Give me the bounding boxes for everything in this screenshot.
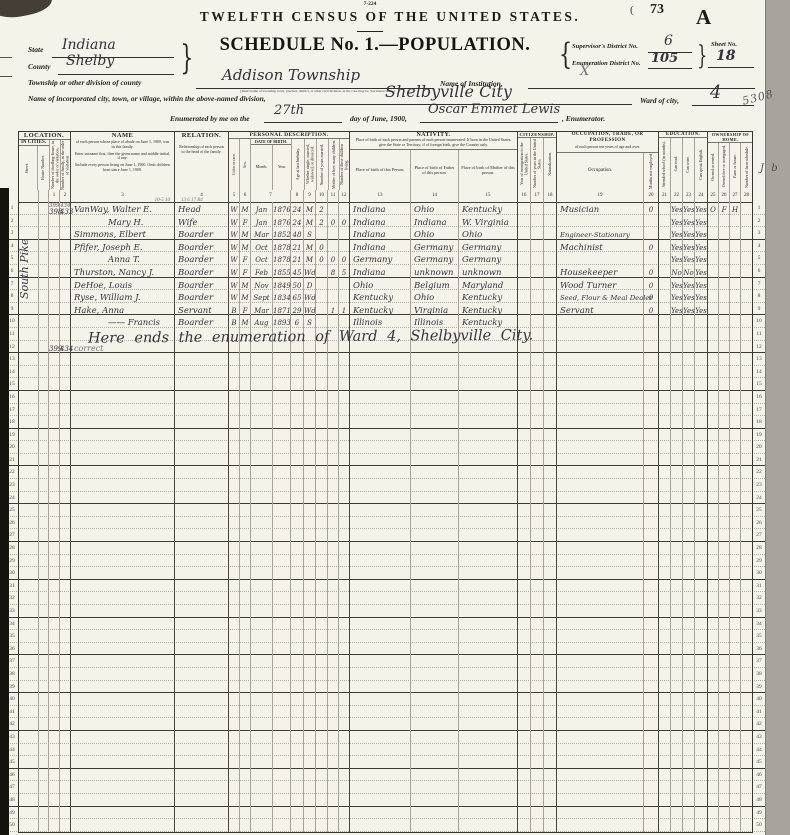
cell-occ [557, 504, 644, 517]
sex-col-label: Sex. [243, 161, 247, 168]
cell-farm [730, 605, 741, 618]
cell-marital [304, 643, 316, 656]
cell-farmno [741, 731, 753, 744]
name-note-1: of each person whose place of abode on J… [71, 139, 174, 150]
cell-english [695, 404, 708, 417]
cell-english [695, 454, 708, 467]
cell-farm [730, 441, 741, 454]
cell-month [251, 567, 273, 580]
cell-color [229, 794, 240, 807]
handwritten-months: 0 [649, 206, 653, 214]
cell-sex [240, 731, 251, 744]
cell-cit_years [531, 504, 544, 517]
cell-write [683, 542, 695, 555]
cell-age [291, 706, 304, 719]
name-note-3: Include every person living on June 1, 1… [71, 161, 174, 173]
cell-living [339, 681, 350, 694]
cell-english [695, 580, 708, 593]
cell-family [60, 555, 71, 568]
cell-house [39, 769, 49, 782]
cell-relation [175, 744, 229, 757]
cell-street [18, 529, 39, 542]
children-living-col-label: Number of these children living. [340, 139, 349, 190]
cell-name [71, 366, 175, 379]
cell-cit_nat [544, 655, 557, 668]
cell-farm [730, 618, 741, 631]
cell-street [18, 605, 39, 618]
cell-occ [557, 542, 644, 555]
cell-birth [350, 555, 411, 568]
birth-father-col-label: Place of birth of Father of this person. [413, 165, 456, 175]
cell-farmno [741, 429, 753, 442]
cell-farm [730, 353, 741, 366]
cell-color [229, 681, 240, 694]
cell-relation [175, 454, 229, 467]
cell-mother [459, 504, 518, 517]
handwritten-mother: Maryland [462, 281, 503, 291]
cell-age [291, 693, 304, 706]
cell-occ [557, 429, 644, 442]
cell-year [273, 681, 291, 694]
cell-occ [557, 655, 644, 668]
cell-age [291, 756, 304, 769]
handwritten-write: No [683, 269, 693, 277]
cell-color [229, 819, 240, 832]
cell-read [671, 580, 683, 593]
cell-english [695, 807, 708, 820]
cell-living [339, 668, 350, 681]
cell-relation [175, 580, 229, 593]
cell-months [644, 807, 659, 820]
cell-sex [240, 618, 251, 631]
header-spacer-right [753, 131, 765, 190]
handwritten-relation: Boarder [178, 243, 213, 253]
cell-write [683, 731, 695, 744]
cell-house [39, 744, 49, 757]
handwritten-months: 0 [649, 294, 653, 302]
cell-family [60, 744, 71, 757]
cell-mother [459, 693, 518, 706]
cell-month [251, 706, 273, 719]
census-line-1: 1399398434433VanWay, Walter E.10-5 10Hea… [6, 202, 765, 215]
handwritten-name: Thurston, Nancy J. [74, 268, 154, 278]
cell-month [251, 416, 273, 429]
scan-right-margin [765, 0, 790, 835]
cell-read [671, 328, 683, 341]
handwritten-free: F [722, 206, 727, 214]
cell-english [695, 718, 708, 731]
cell-mother [459, 353, 518, 366]
cell-free [719, 542, 730, 555]
cell-months [644, 353, 659, 366]
cell-mother [459, 744, 518, 757]
cell-mother [459, 718, 518, 731]
corrected-family: 434433 [60, 202, 70, 215]
cell-mother_ch [328, 643, 339, 656]
cell-cit_nat [544, 706, 557, 719]
handwritten-sex: M [241, 231, 248, 239]
cell-age [291, 567, 304, 580]
cell-farmno [741, 466, 753, 479]
ward-value: 4 [710, 82, 721, 103]
sheet-letter: A [696, 5, 711, 30]
cell-free [719, 429, 730, 442]
cell-birth [350, 441, 411, 454]
enumerator-suffix: , Enumerator. [562, 114, 605, 123]
occupation-col-label: Occupation. [588, 168, 612, 174]
cell-write [683, 466, 695, 479]
cell-relation [175, 555, 229, 568]
cell-occ [557, 454, 644, 467]
handwritten-father: Virginia [414, 306, 448, 316]
handwritten-yrs: 2 [319, 206, 323, 214]
cell-own [708, 378, 719, 391]
cell-sex [240, 744, 251, 757]
township-label: Township or other division of county [28, 78, 141, 87]
cell-mother_ch [328, 542, 339, 555]
enumerator-line [420, 121, 558, 123]
cell-english [695, 555, 708, 568]
cell-read [671, 416, 683, 429]
handwritten-own: O [710, 206, 716, 214]
cell-month [251, 781, 273, 794]
cell-house [39, 794, 49, 807]
cell-mother_ch [328, 391, 339, 404]
cell-own [708, 580, 719, 593]
cell-living [339, 504, 350, 517]
cell-school [659, 366, 671, 379]
cell-father [411, 429, 459, 442]
cell-own [708, 479, 719, 492]
cell-farmno [741, 567, 753, 580]
cell-birth [350, 769, 411, 782]
cell-birth [350, 693, 411, 706]
cell-farm [730, 693, 741, 706]
cell-read [671, 718, 683, 731]
handwritten-occ: Machinist [560, 243, 603, 253]
cell-farm [730, 731, 741, 744]
line-number: 21 [753, 454, 765, 467]
cell-mother_ch [328, 819, 339, 832]
cell-color [229, 769, 240, 782]
cell-school [659, 378, 671, 391]
cell-cit_year [518, 542, 531, 555]
cell-color [229, 693, 240, 706]
cell-color [229, 668, 240, 681]
cell-birth [350, 655, 411, 668]
cell-mother [459, 731, 518, 744]
cell-school [659, 466, 671, 479]
cell-cit_nat [544, 592, 557, 605]
cell-year [273, 630, 291, 643]
cell-sex [240, 668, 251, 681]
cell-year [273, 504, 291, 517]
line-number: 48 [753, 794, 765, 807]
cell-read [671, 542, 683, 555]
cell-marital [304, 618, 316, 631]
cell-free [719, 404, 730, 417]
line-number: 32 [753, 592, 765, 605]
cell-color [229, 567, 240, 580]
cell-family [60, 441, 71, 454]
cell-cit_nat [544, 555, 557, 568]
cell-farmno [741, 504, 753, 517]
cell-mother [459, 681, 518, 694]
cell-dwelling [49, 819, 60, 832]
cell-cit_year [518, 756, 531, 769]
cell-cit_years [531, 529, 544, 542]
cell-street [18, 454, 39, 467]
cell-mother [459, 517, 518, 530]
cell-free [719, 391, 730, 404]
cell-family [60, 630, 71, 643]
cell-marital [304, 718, 316, 731]
occupation-title: OCCUPATION, TRADE, OR PROFESSION [557, 131, 658, 144]
handwritten-english: Yes [695, 206, 707, 214]
cell-cit_year [518, 693, 531, 706]
cell-cit_nat [544, 429, 557, 442]
cell-english [695, 567, 708, 580]
cell-house [39, 618, 49, 631]
cell-sex [240, 555, 251, 568]
cell-street [18, 781, 39, 794]
handwritten-age: 6 [295, 319, 299, 327]
cell-cit_nat [544, 618, 557, 631]
cell-yrs [316, 794, 328, 807]
cell-yrs [316, 655, 328, 668]
cell-occ [557, 567, 644, 580]
line-number: 24 [753, 492, 765, 505]
cell-mother_ch [328, 529, 339, 542]
cell-street [18, 441, 39, 454]
cell-read [671, 529, 683, 542]
census-line-25: 2525 [6, 504, 765, 517]
attended-school-col-label: Attended school (in months). [662, 141, 666, 188]
cell-birth [350, 618, 411, 631]
cell-color [229, 781, 240, 794]
cell-own [708, 731, 719, 744]
cell-marital [304, 769, 316, 782]
cell-month [251, 479, 273, 492]
cell-relation [175, 781, 229, 794]
cell-relation [175, 668, 229, 681]
cell-father [411, 693, 459, 706]
cell-year [273, 618, 291, 631]
cell-yrs [316, 454, 328, 467]
cell-write [683, 681, 695, 694]
handwritten-sex: F [243, 307, 248, 315]
cell-street [18, 391, 39, 404]
house-number-col-label: House Number. [41, 155, 45, 180]
handwritten-birth: Indiana [353, 218, 386, 228]
handwritten-year: 1876 [273, 219, 291, 227]
cell-living [339, 592, 350, 605]
cell-sex [240, 794, 251, 807]
cell-month [251, 429, 273, 442]
cell-farmno [741, 542, 753, 555]
cell-farm [730, 416, 741, 429]
cell-cit_nat [544, 504, 557, 517]
census-line-3: 3Simmons, ElbertBoarderWMMar185248SIndia… [6, 227, 765, 240]
handwritten-months: 0 [649, 244, 653, 252]
cell-farm [730, 643, 741, 656]
cell-months [644, 529, 659, 542]
handwritten-relation: Boarder [178, 255, 213, 265]
cell-mother_ch [328, 429, 339, 442]
cell-yrs [316, 504, 328, 517]
cell-read [671, 353, 683, 366]
line-number: 38 [753, 668, 765, 681]
handwritten-age: 21 [293, 256, 302, 264]
cell-color [229, 756, 240, 769]
cell-color [229, 643, 240, 656]
census-line-37: 3737 [6, 655, 765, 668]
handwritten-age: 24 [293, 206, 302, 214]
census-line-26: 2626 [6, 517, 765, 530]
cell-name [71, 718, 175, 731]
handwritten-sex: F [243, 219, 248, 227]
page-number-stamp: 73 [650, 2, 664, 18]
cell-yrs [316, 618, 328, 631]
cell-living [339, 630, 350, 643]
cell-farm [730, 706, 741, 719]
cell-occ [557, 479, 644, 492]
cell-school [659, 605, 671, 618]
cell-school [659, 328, 671, 341]
cell-free [719, 454, 730, 467]
cell-english [695, 479, 708, 492]
census-line-41: 4141 [6, 706, 765, 719]
header-group-name: NAME of each person whose place of abode… [71, 131, 175, 190]
cell-mother_ch [328, 807, 339, 820]
cell-write [683, 353, 695, 366]
cell-sex [240, 655, 251, 668]
cell-cit_nat [544, 529, 557, 542]
enumeration-line [648, 67, 692, 69]
handwritten-occ: Engineer-Stationary [560, 231, 630, 239]
cell-dwelling [49, 391, 60, 404]
cell-own [708, 567, 719, 580]
cell-months [644, 630, 659, 643]
cell-occ [557, 731, 644, 744]
census-line-4: 4Pfifer, Joseph E.BoarderWMOct187821M0In… [6, 240, 765, 253]
cell-occ [557, 441, 644, 454]
census-line-17: 1717 [6, 404, 765, 417]
cell-age [291, 454, 304, 467]
institution-value: X [580, 64, 589, 79]
cell-birth [350, 781, 411, 794]
cell-house [39, 567, 49, 580]
cell-color [229, 517, 240, 530]
cell-cit_years [531, 756, 544, 769]
cell-street [18, 706, 39, 719]
cell-name [71, 378, 175, 391]
handwritten-color: W [230, 282, 237, 290]
handwritten-read: Yes [671, 231, 683, 239]
cell-age [291, 781, 304, 794]
cell-farm [730, 479, 741, 492]
cell-cit_years [531, 744, 544, 757]
line-number: 45 [753, 756, 765, 769]
cell-yrs [316, 668, 328, 681]
cell-write [683, 718, 695, 731]
census-line-29: 2929 [6, 555, 765, 568]
cell-cit_nat [544, 517, 557, 530]
cell-cit_year [518, 592, 531, 605]
years-in-us-col-label: Number of years in the United States. [533, 138, 542, 190]
cell-relation [175, 630, 229, 643]
city-label: Name of incorporated city, town, or vill… [28, 94, 266, 103]
cell-yrs [316, 353, 328, 366]
can-read-col-label: Can read. [674, 156, 678, 171]
county-value: Shelby [66, 53, 114, 69]
cell-write [683, 328, 695, 341]
line-number: 17 [753, 404, 765, 417]
cell-months [644, 391, 659, 404]
cell-school [659, 416, 671, 429]
cell-age [291, 429, 304, 442]
cell-mother [459, 366, 518, 379]
cell-birth [350, 567, 411, 580]
cell-farmno [741, 706, 753, 719]
cell-farm [730, 592, 741, 605]
cell-write [683, 807, 695, 820]
cell-house [39, 718, 49, 731]
cell-month [251, 492, 273, 505]
cell-occ [557, 517, 644, 530]
cell-english [695, 378, 708, 391]
handwritten-english: Yes [695, 219, 707, 227]
cell-months [644, 429, 659, 442]
cell-free [719, 769, 730, 782]
cell-age [291, 416, 304, 429]
cell-father [411, 756, 459, 769]
cell-school [659, 567, 671, 580]
handwritten-read: Yes [671, 256, 683, 264]
line-number: 16 [753, 391, 765, 404]
cell-cit_nat [544, 756, 557, 769]
cell-yrs [316, 441, 328, 454]
cell-occ [557, 353, 644, 366]
census-line-31: 3131 [6, 580, 765, 593]
handwritten-relation: Wife [178, 218, 197, 228]
cell-age [291, 769, 304, 782]
cell-house [39, 630, 49, 643]
cell-mother_ch [328, 769, 339, 782]
cell-mother_ch [328, 605, 339, 618]
cell-house [39, 655, 49, 668]
cell-mother_ch [328, 555, 339, 568]
cell-family [60, 605, 71, 618]
cell-relation [175, 517, 229, 530]
months-not-employed-col-label: Months not employed. [649, 153, 653, 189]
line-number: 46 [753, 769, 765, 782]
cell-sex [240, 429, 251, 442]
cell-dwelling [49, 517, 60, 530]
cell-name [71, 441, 175, 454]
handwritten-month: Feb [255, 269, 268, 277]
handwritten-year: 1878 [273, 244, 291, 252]
cell-cit_years [531, 668, 544, 681]
cell-read [671, 517, 683, 530]
cell-name [71, 517, 175, 530]
cell-farm [730, 378, 741, 391]
handwritten-month: Sept [253, 294, 269, 302]
cell-family [60, 756, 71, 769]
brace-districts: { [559, 37, 572, 72]
cell-sex [240, 706, 251, 719]
cell-english [695, 819, 708, 832]
